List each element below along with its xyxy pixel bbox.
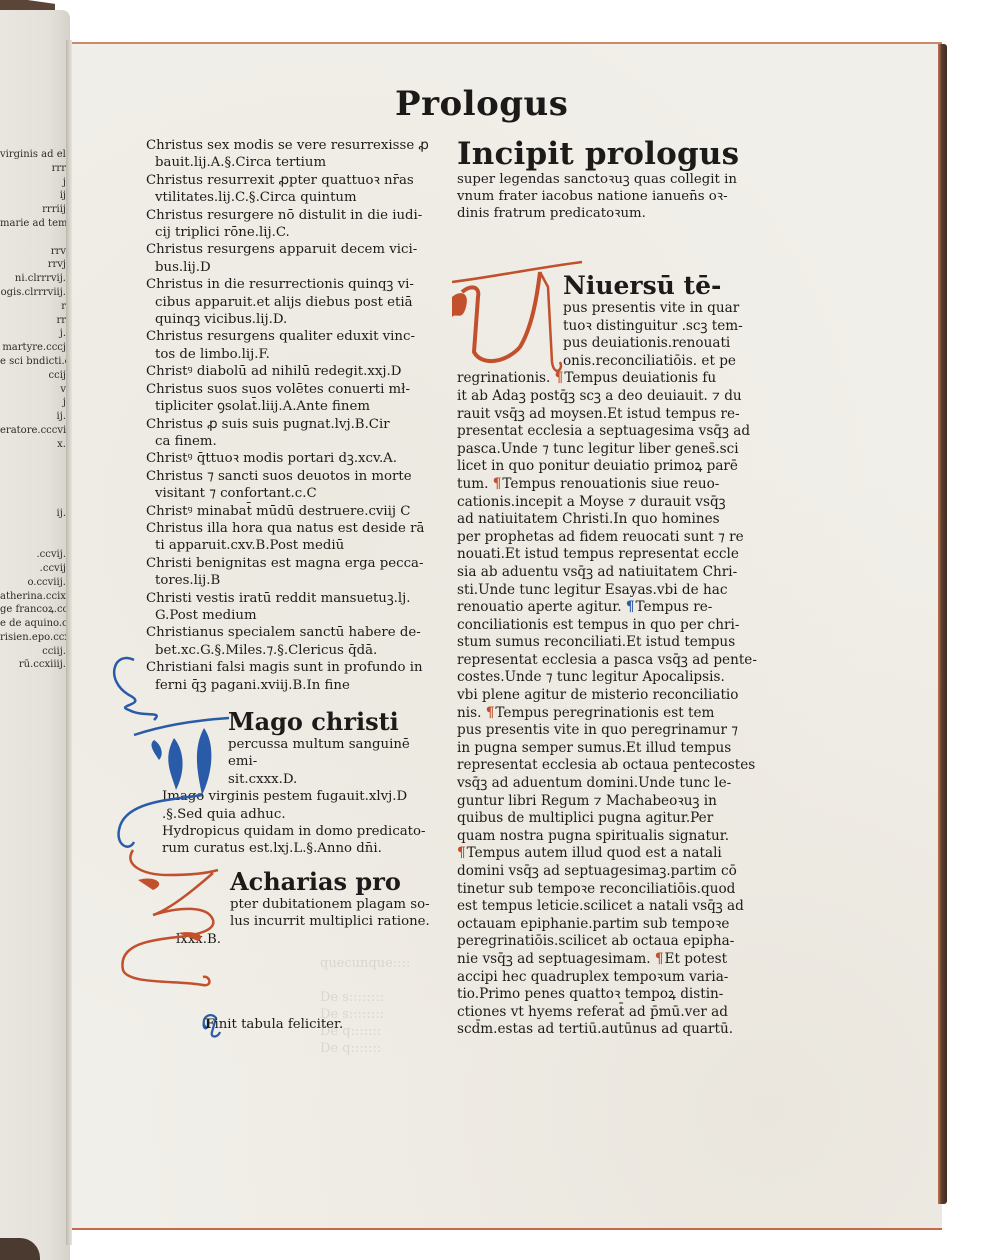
- index-entry: Christus suos suos volētes conuerti mł-t…: [146, 381, 441, 416]
- prologue-line: scd̄m.estas ad tertiū.autūnus ad quartū.: [457, 1021, 759, 1039]
- prologue-line: costes.Unde ⁊ tunc legitur Apocalipsis.: [457, 669, 759, 687]
- left-fragment-line: e de aquino.ccxj: [0, 617, 66, 631]
- left-fragment-line: [0, 231, 66, 245]
- left-fragment-line: ij.: [0, 507, 66, 521]
- prologue-line: per prophetas ad fidem reuocati sunt ⁊ r…: [457, 529, 759, 547]
- index-entry-line: Christus resurgens qualiter eduxit vinc-: [146, 328, 441, 345]
- left-fragment-line: ij.: [0, 410, 66, 424]
- paragraph-mark-icon: ¶: [493, 476, 502, 494]
- red-initial-v-icon: [452, 252, 592, 372]
- index-entry-line: Christus resurrexit ꝓpter quattuoꝛ nr̄as: [146, 172, 441, 189]
- prologue-line: ad natiuitatem Christi.In quo homines: [457, 511, 759, 529]
- index-entry: Christus sex modis se vere resurrexisse …: [146, 137, 441, 172]
- index-entry-line: tos de limbo.lij.F.: [146, 346, 441, 363]
- index-entry: Christus resurrexit ꝓpter quattuoꝛ nr̄as…: [146, 172, 441, 207]
- left-fragment-line: [0, 521, 66, 535]
- left-fragment-line: e sci bndicti.cccij: [0, 355, 66, 369]
- index-entry-line: Christus in die resurrectionis quinqꝫ vi…: [146, 276, 441, 293]
- index-entry-line: Christi benignitas est magna erga pecca-: [146, 555, 441, 572]
- prologue-line: rauit vsq̄ꝫ ad moysen.Et istud tempus re…: [457, 406, 759, 424]
- index-entry-line: bauit.lij.A.§.Circa tertium: [146, 154, 441, 171]
- index-entries: Christus sex modis se vere resurrexisse …: [146, 137, 441, 694]
- left-fragment-line: rū.ccxiiij.: [0, 658, 66, 672]
- prologue-line: representat ecclesia ab octaua pentecost…: [457, 757, 759, 775]
- left-fragment-line: [0, 479, 66, 493]
- prologue-line: pus presentis vite in quo peregrinamur ⁊: [457, 722, 759, 740]
- index-entry: Christus resurgens apparuit decem vici-b…: [146, 241, 441, 276]
- index-entry-line: cij triplici rōne.lij.C.: [146, 224, 441, 241]
- gutter: [66, 40, 72, 1245]
- section-i-lines: percussa multum sanguinē emi-sit.cxxx.D.…: [228, 736, 441, 858]
- left-fragment-line: .ccvij.: [0, 548, 66, 562]
- index-entry-line: cibus apparuit.et alijs diebus post etiā: [146, 294, 441, 311]
- index-entry: Christi benignitas est magna erga pecca-…: [146, 555, 441, 590]
- index-entry-line: Christus resurgere nō distulit in die iu…: [146, 207, 441, 224]
- prologue-line: ¶Tempus autem illud quod est a natali: [457, 845, 759, 863]
- prologue-line: quam nostra pugna spiritualis signatur.: [457, 828, 759, 846]
- prologue-body: pus presentis vite in quartuoꝛ distingui…: [457, 300, 759, 1039]
- section-z-heading: Acharias pro: [230, 868, 441, 896]
- left-fragment-line: [0, 534, 66, 548]
- index-entry-line: ti apparuit.cxv.B.Post mediū: [146, 537, 441, 554]
- prologue-line: renouatio aperte agitur. ¶Tempus re-: [457, 599, 759, 617]
- opening-words: Niuersū tē-: [563, 272, 759, 300]
- prologue-line: pasca.Unde ⁊ tunc legitur liber genes̄.s…: [457, 441, 759, 459]
- prologue-line: nis. ¶Tempus peregrinationis est tem: [457, 705, 759, 723]
- text-line: sit.cxxx.D.: [228, 771, 441, 788]
- left-fragment-line: j: [0, 396, 66, 410]
- paragraph-mark-icon: ¶: [486, 705, 495, 723]
- paragraph-mark-icon: ¶: [555, 370, 564, 388]
- left-fragment-line: [0, 465, 66, 479]
- incipit-lines: super legendas sanctoꝛuꝫ quas collegit i…: [457, 171, 759, 222]
- prologue-line: it ab Adaꝫ postq̄ꝫ scꝫ a deo deuiauit. ⁊…: [457, 388, 759, 406]
- index-entry-line: Christꝰ q̄ttuoꝛ modis portari dꝫ.xcv.A.: [146, 450, 441, 467]
- index-entry-line: Christꝰ diabolū ad nihilū redegit.xxj.D: [146, 363, 441, 380]
- prologue-line: quibus de multiplici pugna agitur.Per: [457, 810, 759, 828]
- left-fragment-line: o.ccviij.: [0, 576, 66, 590]
- section-i-heading: Mago christi: [228, 708, 441, 736]
- index-entry-line: quinqꝫ vicibus.lij.D.: [146, 311, 441, 328]
- index-entry-line: ca finem.: [146, 433, 441, 450]
- left-fragment-line: ccij: [0, 369, 66, 383]
- prologue-line: tum. ¶Tempus renouationis siue reuo-: [457, 476, 759, 494]
- left-fragment-line: ogis.clrrrviij.: [0, 286, 66, 300]
- left-page-text-fragment: virginis ad elizerrrjijrrriijmarie ad te…: [0, 148, 66, 672]
- text-line: vnum frater iacobus natione ianuen̄s oꝛ-: [457, 188, 759, 205]
- prologue-line: ctiones vt hyems referat̄ ad p̄mū.ver ad: [457, 1004, 759, 1022]
- index-entry-line: Christus ꝓ suis suis pugnat.lvj.B.Cir: [146, 416, 441, 433]
- left-fragment-line: risien.epo.ccxij.: [0, 631, 66, 645]
- index-entry-line: Christi vestis iratū reddit mansuetuꝫ.lj…: [146, 590, 441, 607]
- prologue-line: nouati.Et istud tempus representat eccle: [457, 546, 759, 564]
- show-through-text: quecunque::::De s::::::::De s::::::::De …: [320, 955, 410, 1057]
- left-fragment-line: marie ad templū: [0, 217, 66, 231]
- index-entry: Christus illa hora qua natus est deside …: [146, 520, 441, 555]
- left-fragment-line: eratore.cccviij: [0, 424, 66, 438]
- index-entry-line: visitant ⁊ confortant.c.C: [146, 485, 441, 502]
- prologue-line: representat ecclesia a pasca vsq̄ꝫ ad pe…: [457, 652, 759, 670]
- prologue-line: nie vsq̄ꝫ ad septuagesimam. ¶Et potest: [457, 951, 759, 969]
- red-initial-z-flourish-icon: [118, 845, 228, 995]
- index-entry: Christꝰ diabolū ad nihilū redegit.xxj.D: [146, 363, 441, 380]
- left-fragment-line: cciij.: [0, 645, 66, 659]
- left-fragment-line: virginis ad elize: [0, 148, 66, 162]
- prologue-line: sia ab aduentu vsq̄ꝫ ad natiuitatem Chri…: [457, 564, 759, 582]
- prologue-line: est tempus leticie.scilicet a natali vsq…: [457, 898, 759, 916]
- text-line: super legendas sanctoꝛuꝫ quas collegit i…: [457, 171, 759, 188]
- prologue-line: in pugna semper sumus.Et illud tempus: [457, 740, 759, 758]
- left-fragment-line: [0, 452, 66, 466]
- left-fragment-line: j: [0, 176, 66, 190]
- prologue-line: vbi plene agitur de misterio reconciliat…: [457, 687, 759, 705]
- index-entry: Christus resurgens qualiter eduxit vinc-…: [146, 328, 441, 363]
- index-entry: Christus in die resurrectionis quinqꝫ vi…: [146, 276, 441, 328]
- prologue-line: tinetur sub tempoꝛe reconciliatiōis.quod: [457, 881, 759, 899]
- index-entry: Christus ꝓ suis suis pugnat.lvj.B.Circa …: [146, 416, 441, 451]
- left-fragment-line: martyre.cccj: [0, 341, 66, 355]
- index-entry-line: Christus ⁊ sancti suos deuotos in morte: [146, 468, 441, 485]
- text-line: dinis fratrum predicatoꝛum.: [457, 205, 759, 222]
- index-entry-line: Christus sex modis se vere resurrexisse …: [146, 137, 441, 154]
- running-head: Prologus: [395, 84, 568, 124]
- prologue-line: vsq̄ꝫ ad aduentum domini.Unde tunc le-: [457, 775, 759, 793]
- index-entry-line: Christus resurgens apparuit decem vici-: [146, 241, 441, 258]
- left-fragment-line: r: [0, 300, 66, 314]
- left-fragment-line: rrriij: [0, 203, 66, 217]
- left-fragment-line: rrvj: [0, 258, 66, 272]
- left-fragment-line: .ccvij: [0, 562, 66, 576]
- blue-initial-i-flourish-icon: [104, 650, 234, 855]
- index-entry: Christus resurgere nō distulit in die iu…: [146, 207, 441, 242]
- prologue-line: conciliationis est tempus in quo per chr…: [457, 617, 759, 635]
- prologue-line: accipi hec quadruplex tempoꝛum varia-: [457, 969, 759, 987]
- left-fragment-line: rrr: [0, 162, 66, 176]
- paragraph-mark-icon: ¶: [457, 845, 466, 863]
- index-entry-line: tipliciter ꝯsolat̄.liij.A.Ante finem: [146, 398, 441, 415]
- prologue-line: regrinationis. ¶Tempus deuiationis fu: [457, 370, 759, 388]
- prologue-line: guntur libri Regum ⁊ Machabeoꝛuꝫ in: [457, 793, 759, 811]
- book-board-edge: [938, 44, 947, 1204]
- index-entry-line: tores.lij.B: [146, 572, 441, 589]
- left-fragment-line: ge francoꝝ.ccx: [0, 603, 66, 617]
- index-entry-line: Christus illa hora qua natus est deside …: [146, 520, 441, 537]
- text-line: lus incurrit multiplici ratione.: [230, 913, 441, 930]
- left-fragment-line: rr: [0, 314, 66, 328]
- prologue-line: cationis.incepit a Moyse ⁊ durauit vsq̄ꝫ: [457, 494, 759, 512]
- index-entry-line: Christus suos suos volētes conuerti mł-: [146, 381, 441, 398]
- left-fragment-line: ij: [0, 189, 66, 203]
- index-entry-line: Christianus specialem sanctū habere de-: [146, 624, 441, 641]
- index-entry: Christꝰ minabat̄ mūdū destruere.cviij C: [146, 503, 441, 520]
- prologue-line: sti.Unde tunc legitur Esayas.vbi de hac: [457, 582, 759, 600]
- index-entry-line: G.Post medium: [146, 607, 441, 624]
- prologue-line: presentat ecclesia a septuagesima vsq̄ꝫ …: [457, 423, 759, 441]
- left-fragment-line: v: [0, 383, 66, 397]
- index-entry-line: vtilitates.lij.C.§.Circa quintum: [146, 189, 441, 206]
- section-z-lines: pter dubitationem plagam so-lus incurrit…: [230, 896, 441, 948]
- index-entry-line: Christꝰ minabat̄ mūdū destruere.cviij C: [146, 503, 441, 520]
- incipit-title: Incipit prologus: [457, 137, 759, 171]
- left-fragment-line: ni.clrrrvij.: [0, 272, 66, 286]
- left-fragment-line: [0, 493, 66, 507]
- index-entry: Christi vestis iratū reddit mansuetuꝫ.lj…: [146, 590, 441, 625]
- prologue-line: stum sumus reconciliati.Et istud tempus: [457, 634, 759, 652]
- text-line: pter dubitationem plagam so-: [230, 896, 441, 913]
- left-fragment-line: rrv: [0, 245, 66, 259]
- prologue-line: domini vsq̄ꝫ ad septuagesimaꝫ.partim cō: [457, 863, 759, 881]
- index-entry: Christꝰ q̄ttuoꝛ modis portari dꝫ.xcv.A.: [146, 450, 441, 467]
- left-fragment-line: atherina.ccix.: [0, 590, 66, 604]
- index-entry-line: bus.lij.D: [146, 259, 441, 276]
- prologue-line: peregrinatiōis.scilicet ab octaua epipha…: [457, 933, 759, 951]
- paragraph-mark-icon: ¶: [655, 951, 664, 969]
- index-entry: Christus ⁊ sancti suos deuotos in mortev…: [146, 468, 441, 503]
- text-line: percussa multum sanguinē emi-: [228, 736, 441, 771]
- left-fragment-line: x.: [0, 438, 66, 452]
- prologue-line: licet in quo ponitur deuiatio primoꝝ par…: [457, 458, 759, 476]
- paragraph-mark-icon: ¶: [626, 599, 635, 617]
- left-fragment-line: j.: [0, 327, 66, 341]
- prologue-line: tio.Primo penes quattoꝛ tempoꝝ distin-: [457, 986, 759, 1004]
- prologue-line: octauam epiphanie.partim sub tempoꝛe: [457, 916, 759, 934]
